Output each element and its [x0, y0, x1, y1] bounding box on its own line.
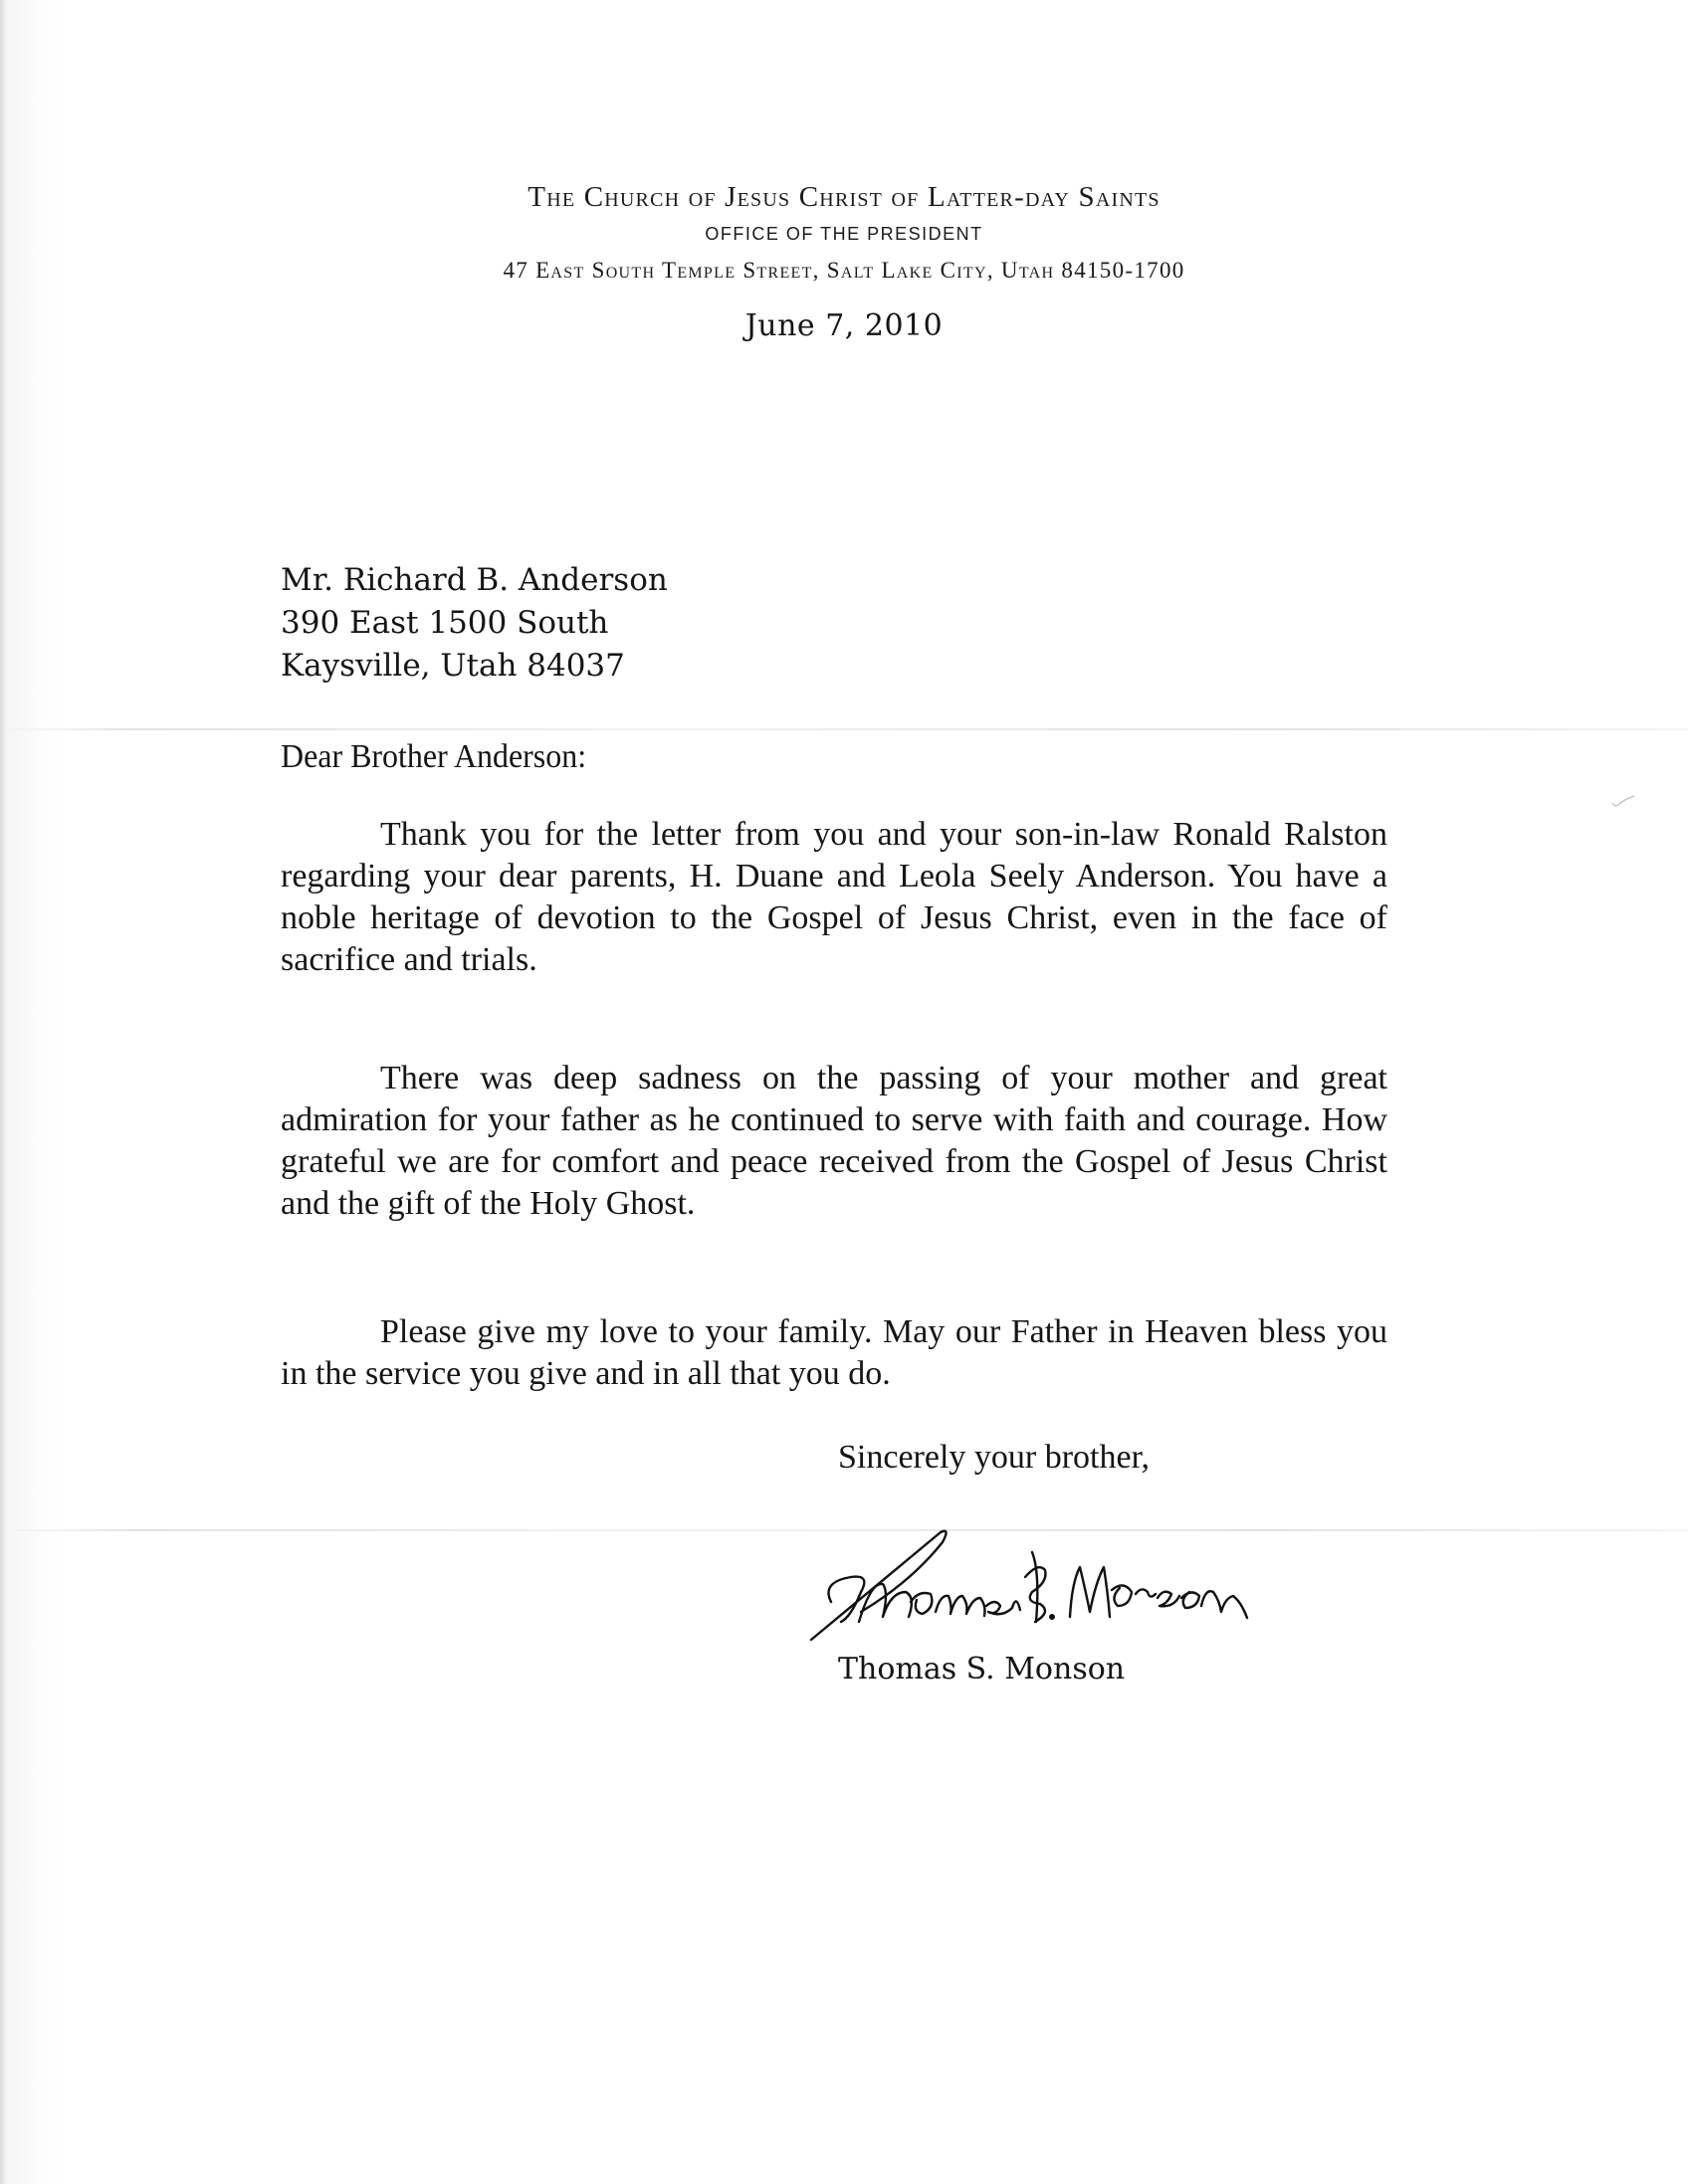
letter-date: June 7, 2010 — [0, 308, 1688, 343]
pencil-mark-icon — [1610, 791, 1638, 809]
paper-fold-line — [0, 728, 1688, 730]
organization-address: 47 East South Temple Street, Salt Lake C… — [0, 258, 1688, 284]
recipient-street: 390 East 1500 South — [281, 602, 668, 645]
body-paragraph: Please give my love to your family. May … — [281, 1311, 1387, 1395]
recipient-name: Mr. Richard B. Anderson — [281, 559, 668, 602]
salutation: Dear Brother Anderson: — [281, 738, 586, 776]
paragraph-text: Please give my love to your family. May … — [281, 1313, 1387, 1392]
organization-name: The Church of Jesus Christ of Latter-day… — [0, 181, 1688, 214]
paragraph-text: There was deep sadness on the passing of… — [281, 1060, 1387, 1222]
paragraph-text: Thank you for the letter from you and yo… — [281, 816, 1387, 978]
letter-page: The Church of Jesus Christ of Latter-day… — [0, 0, 1688, 2184]
recipient-city-state-zip: Kaysville, Utah 84037 — [281, 645, 668, 688]
office-title: OFFICE OF THE PRESIDENT — [0, 224, 1688, 245]
closing: Sincerely your brother, — [838, 1439, 1150, 1477]
body-paragraph: Thank you for the letter from you and yo… — [281, 814, 1387, 981]
body-paragraph: There was deep sadness on the passing of… — [281, 1058, 1387, 1225]
signer-name: Thomas S. Monson — [838, 1652, 1125, 1687]
handwritten-signature-icon — [791, 1522, 1309, 1662]
recipient-address-block: Mr. Richard B. Anderson 390 East 1500 So… — [281, 559, 668, 688]
